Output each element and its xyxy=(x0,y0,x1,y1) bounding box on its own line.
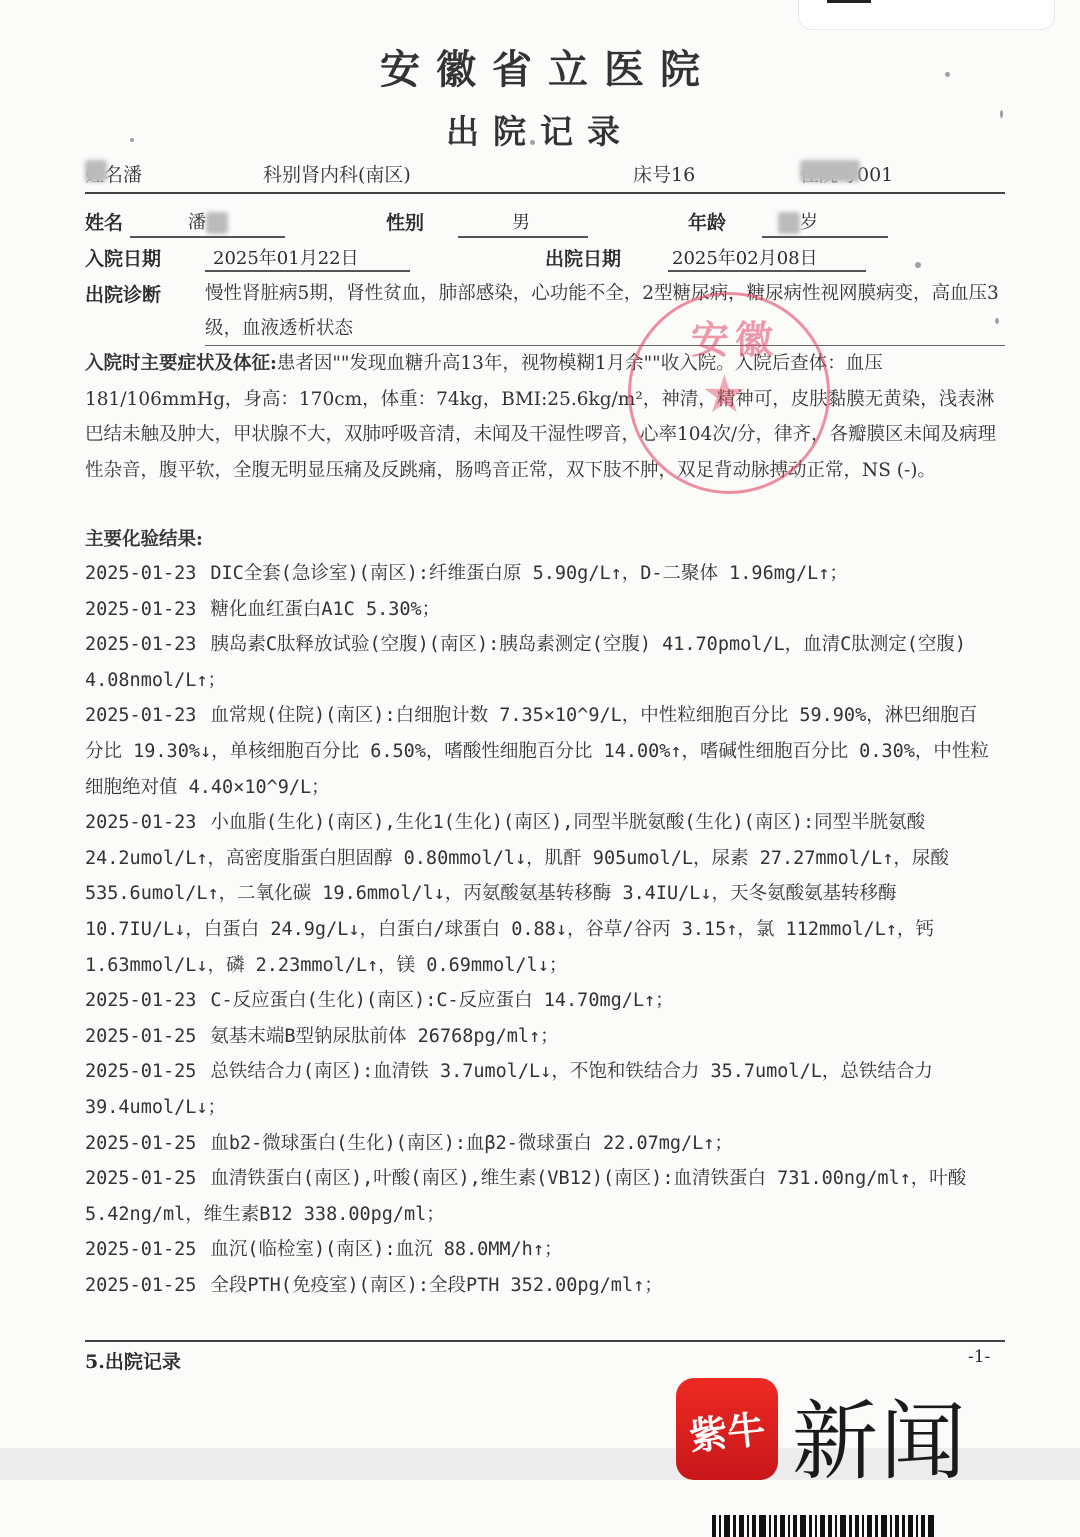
hospital-name: 安徽省立医院 xyxy=(0,38,1080,95)
lab-text: 血常规(住院)(南区):白细胞计数 7.35×10^9/L，中性粒细胞百分比 5… xyxy=(85,705,989,797)
card-handle xyxy=(827,0,871,3)
redacted xyxy=(206,212,228,234)
lab-text: 小血脂(生化)(南区),生化1(生化)(南区),同型半胱氨酸(生化)(南区):同… xyxy=(85,812,949,975)
footer-rule xyxy=(85,1340,1005,1342)
lab-date: 2025-01-25 xyxy=(85,1168,196,1189)
redacted xyxy=(85,160,107,182)
lab-date: 2025-01-25 xyxy=(85,1133,196,1154)
lab-text: DIC全套(急诊室)(南区):纤维蛋白原 5.90g/L↑，D-二聚体 1.96… xyxy=(210,563,848,584)
lab-item: 2025-01-23糖化血红蛋白A1C 5.30%； xyxy=(85,592,995,628)
admission-findings: 入院时主要症状及体征:患者因""发现血糖升高13年，视物模糊1月余""收入院。入… xyxy=(85,346,1005,488)
name-text: 潘 xyxy=(188,212,206,233)
underline xyxy=(762,236,888,238)
lab-date: 2025-01-23 xyxy=(85,563,196,584)
lab-date: 2025-01-23 xyxy=(85,634,196,655)
speck xyxy=(915,262,921,268)
lab-item: 2025-01-23血常规(住院)(南区):白细胞计数 7.35×10^9/L，… xyxy=(85,698,995,805)
lab-item: 2025-01-25全段PTH(免疫室)(南区):全段PTH 352.00pg/… xyxy=(85,1268,995,1304)
lab-date: 2025-01-23 xyxy=(85,599,196,620)
sex-value: 男 xyxy=(512,208,530,234)
age-unit: 岁 xyxy=(800,212,818,233)
stamp-text: 安徽 xyxy=(691,309,779,364)
lab-item: 2025-01-25血b2-微球蛋白(生化)(南区):血β2-微球蛋白 22.0… xyxy=(85,1126,995,1162)
lab-results-list: 2025-01-23DIC全套(急诊室)(南区):纤维蛋白原 5.90g/L↑，… xyxy=(85,556,995,1303)
discharge-date-value: 2025年02月08日 xyxy=(672,244,818,270)
redacted xyxy=(778,212,800,234)
header-department: 科别肾内科(南区) xyxy=(263,160,411,187)
lab-text: 氨基末端B型钠尿肽前体 26768pg/ml↑； xyxy=(210,1026,558,1047)
lab-item: 2025-01-23胰岛素C肽释放试验(空腹)(南区):胰岛素测定(空腹) 41… xyxy=(85,627,995,698)
lab-results-heading: 主要化验结果: xyxy=(85,522,1005,558)
lab-item: 2025-01-25氨基末端B型钠尿肽前体 26768pg/ml↑； xyxy=(85,1019,995,1055)
lab-date: 2025-01-23 xyxy=(85,705,196,726)
lab-date: 2025-01-23 xyxy=(85,990,196,1011)
diagnosis-value: 慢性肾脏病5期，肾性贫血，肺部感染，心功能不全，2型糖尿病，糖尿病性视网膜病变，… xyxy=(205,276,1005,346)
page-number: -1- xyxy=(968,1347,990,1367)
footer-section: 5.出院记录 xyxy=(85,1347,181,1374)
lab-text: 血b2-微球蛋白(生化)(南区):血β2-微球蛋白 22.07mg/L↑； xyxy=(210,1133,733,1154)
stamp-star-icon: ★ xyxy=(701,365,748,425)
sex-label: 性别 xyxy=(386,208,424,235)
lab-text: 全段PTH(免疫室)(南区):全段PTH 352.00pg/ml↑； xyxy=(210,1275,662,1296)
hospital-stamp: 安徽 ★ xyxy=(628,292,830,494)
header-rule xyxy=(85,192,1005,194)
lab-text: 血沉(临检室)(南区):血沉 88.0MM/h↑； xyxy=(210,1239,562,1260)
lab-text: 胰岛素C肽释放试验(空腹)(南区):胰岛素测定(空腹) 41.70pmol/L，… xyxy=(85,634,966,691)
name-label: 姓名 xyxy=(85,208,123,235)
admission-findings-label: 入院时主要症状及体征: xyxy=(85,353,277,374)
lab-date: 2025-01-25 xyxy=(85,1275,196,1296)
lab-text: 总铁结合力(南区):血清铁 3.7umol/L↓，不饱和铁结合力 35.7umo… xyxy=(85,1061,933,1118)
lab-date: 2025-01-25 xyxy=(85,1026,196,1047)
news-logo-text: 新闻 xyxy=(792,1372,968,1496)
lab-date: 2025-01-25 xyxy=(85,1239,196,1260)
discharge-date-label: 出院日期 xyxy=(545,244,621,271)
lab-item: 2025-01-23C-反应蛋白(生化)(南区):C-反应蛋白 14.70mg/… xyxy=(85,983,995,1019)
underline xyxy=(205,270,410,272)
barcode xyxy=(712,1515,937,1537)
lab-text: C-反应蛋白(生化)(南区):C-反应蛋白 14.70mg/L↑； xyxy=(210,990,673,1011)
name-value: 潘 xyxy=(188,208,228,234)
lab-item: 2025-01-25血沉(临检室)(南区):血沉 88.0MM/h↑； xyxy=(85,1232,995,1268)
diagnosis-label: 出院诊断 xyxy=(85,280,161,307)
underline xyxy=(130,236,285,238)
redacted xyxy=(800,160,860,182)
age-label: 年龄 xyxy=(688,208,726,235)
lab-item: 2025-01-25总铁结合力(南区):血清铁 3.7umol/L↓，不饱和铁结… xyxy=(85,1054,995,1125)
lab-date: 2025-01-25 xyxy=(85,1061,196,1082)
logo-glyph: 紫牛 xyxy=(686,1398,767,1461)
lab-date: 2025-01-23 xyxy=(85,812,196,833)
admit-date-label: 入院日期 xyxy=(85,244,161,271)
lab-item: 2025-01-23小血脂(生化)(南区),生化1(生化)(南区),同型半胱氨酸… xyxy=(85,805,995,983)
lab-item: 2025-01-23DIC全套(急诊室)(南区):纤维蛋白原 5.90g/L↑，… xyxy=(85,556,995,592)
lab-text: 糖化血红蛋白A1C 5.30%； xyxy=(210,599,440,620)
news-logo-icon: 紫牛 xyxy=(676,1378,778,1480)
underline xyxy=(458,236,588,238)
underline xyxy=(668,270,866,272)
header-bed: 床号16 xyxy=(633,160,695,187)
admit-date-value: 2025年01月22日 xyxy=(213,244,359,270)
record-title: 出院记录 xyxy=(0,106,1080,153)
top-card xyxy=(798,0,1055,30)
age-value: 岁 xyxy=(778,208,818,234)
lab-text: 血清铁蛋白(南区),叶酸(南区),维生素(VB12)(南区):血清铁蛋白 731… xyxy=(85,1168,966,1225)
lab-results-label: 主要化验结果: xyxy=(85,529,203,550)
lab-item: 2025-01-25血清铁蛋白(南区),叶酸(南区),维生素(VB12)(南区)… xyxy=(85,1161,995,1232)
